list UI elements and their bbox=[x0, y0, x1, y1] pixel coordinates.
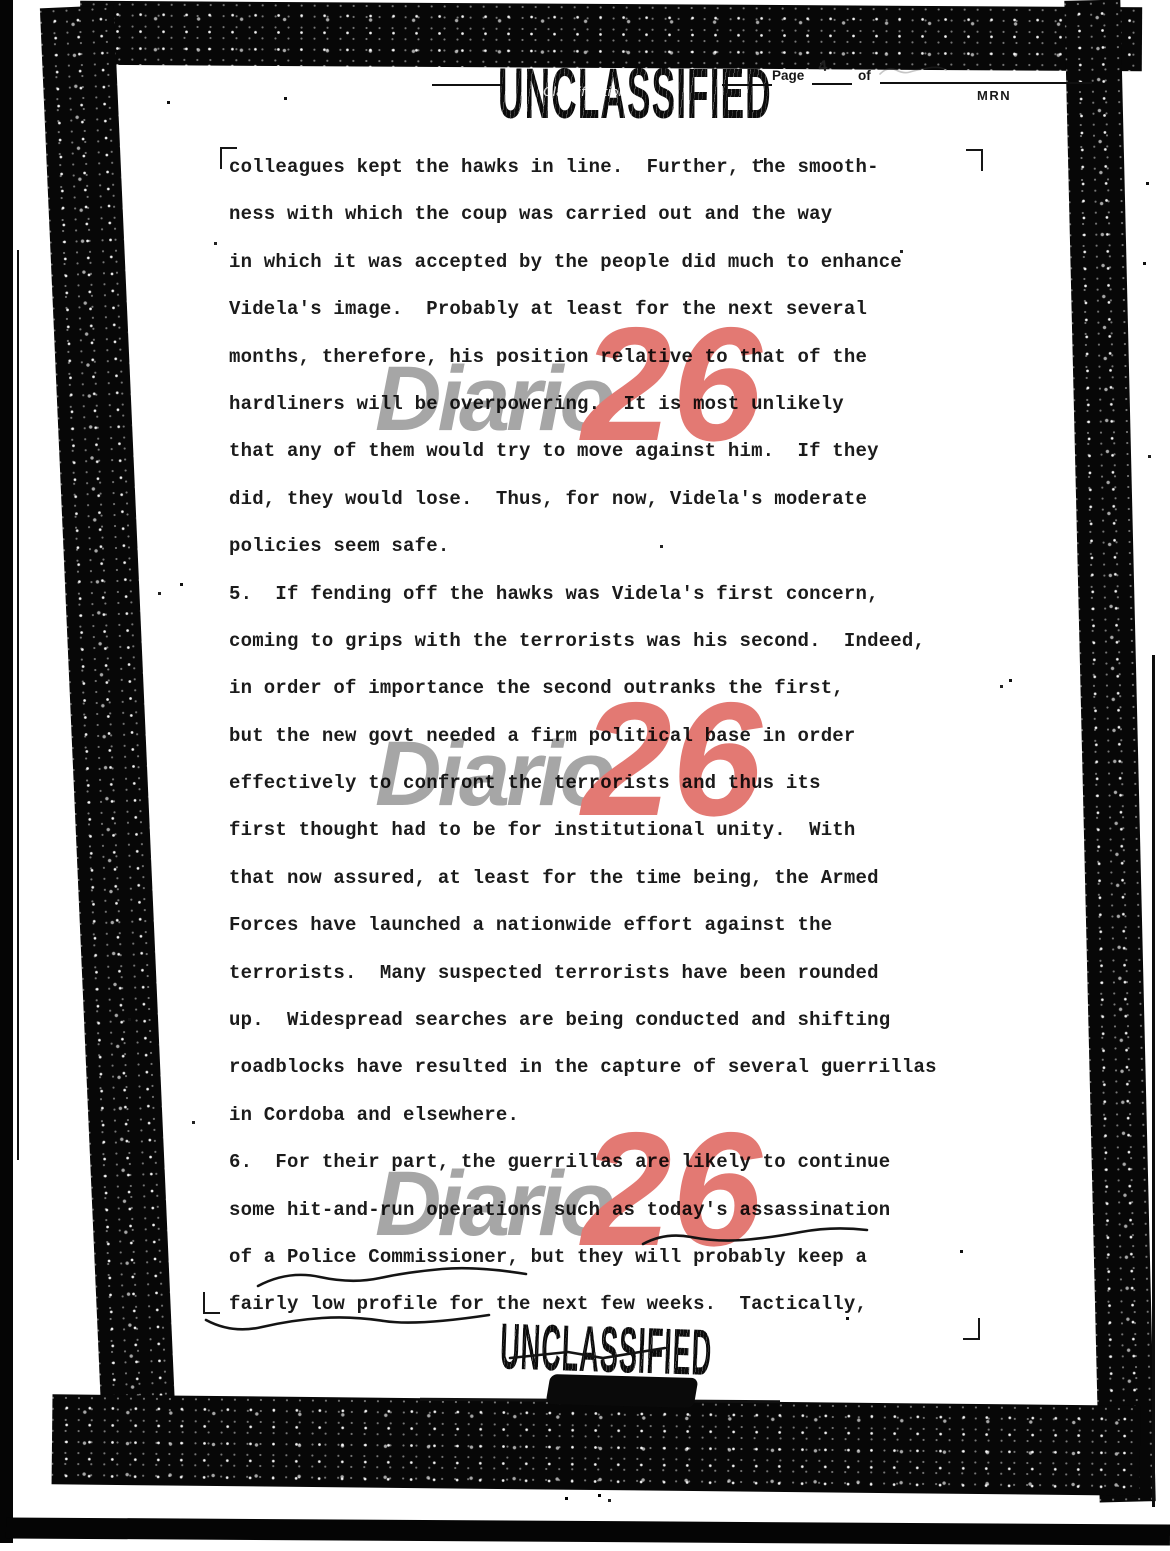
strike-through-scribble bbox=[508, 1344, 668, 1366]
scan-edge-strip bbox=[0, 0, 13, 1543]
typed-line: hardliners will be overpowering. It is m… bbox=[229, 381, 929, 428]
typed-body-text: colleagues kept the hawks in line. Furth… bbox=[229, 144, 929, 1329]
of-label: of bbox=[858, 68, 871, 83]
typed-line: that any of them would try to move again… bbox=[229, 428, 929, 475]
scan-bottom-bar bbox=[6, 1517, 1170, 1545]
typed-line: effectively to confront the terrorists a… bbox=[229, 760, 929, 807]
scan-border-left bbox=[40, 5, 178, 1482]
typed-line: but the new govt needed a firm political… bbox=[229, 713, 929, 760]
scan-edge-hairline bbox=[17, 250, 19, 1160]
scan-border-bottom bbox=[52, 1394, 1141, 1495]
scan-right-line bbox=[1152, 655, 1155, 1507]
typed-line: coming to grips with the terrorists was … bbox=[229, 618, 929, 665]
page-label: Page bbox=[772, 68, 804, 83]
typed-line: that now assured, at least for the time … bbox=[229, 855, 929, 902]
typed-line: Forces have launched a nationwide effort… bbox=[229, 902, 929, 949]
scan-border-right bbox=[1064, 0, 1155, 1502]
mrn-label: MRN bbox=[977, 88, 1011, 103]
typed-line: terrorists. Many suspected terrorists ha… bbox=[229, 950, 929, 997]
typed-line: Videla's image. Probably at least for th… bbox=[229, 286, 929, 333]
header-rule-right bbox=[722, 84, 772, 86]
typed-line: months, therefore, his position relative… bbox=[229, 334, 929, 381]
typed-line: first thought had to be for institutiona… bbox=[229, 807, 929, 854]
typed-line: in which it was accepted by the people d… bbox=[229, 239, 929, 286]
typed-line: up. Widespread searches are being conduc… bbox=[229, 997, 929, 1044]
typed-line: in order of importance the second outran… bbox=[229, 665, 929, 712]
wavy-underline-fairly-low-profile bbox=[203, 1306, 493, 1338]
typed-line: colleagues kept the hawks in line. Furth… bbox=[229, 144, 929, 191]
typed-line: ness with which the coup was carried out… bbox=[229, 191, 929, 238]
scan-noise-speckles bbox=[0, 0, 3, 3]
typed-line: 5. If fending off the hawks was Videla's… bbox=[229, 571, 929, 618]
header-rule-left bbox=[432, 84, 504, 86]
classification-field-label: Classification bbox=[543, 84, 627, 99]
typed-line: in Cordoba and elsewhere. bbox=[229, 1092, 929, 1139]
typed-line: policies seem safe. bbox=[229, 523, 929, 570]
redaction-mark bbox=[546, 1374, 699, 1408]
wavy-underline-assassination bbox=[640, 1226, 870, 1252]
typed-line: 6. For their part, the guerrillas are li… bbox=[229, 1139, 929, 1186]
unclassified-stamp-text: UNCLASSIFIED bbox=[498, 56, 772, 132]
typed-line: roadblocks have resulted in the capture … bbox=[229, 1044, 929, 1091]
of-line bbox=[880, 82, 1092, 84]
typed-line: did, they would lose. Thus, for now, Vid… bbox=[229, 476, 929, 523]
wavy-underline-police-commissioner bbox=[255, 1264, 530, 1294]
faint-scribble-mark bbox=[878, 62, 948, 80]
corner-bracket-top-right bbox=[966, 149, 983, 171]
scanned-document-page: UNCLASSIFIED Classification Page 4 of MR… bbox=[0, 0, 1170, 1551]
page-number-line bbox=[812, 83, 852, 85]
handwritten-page-number: 4 bbox=[817, 58, 828, 77]
